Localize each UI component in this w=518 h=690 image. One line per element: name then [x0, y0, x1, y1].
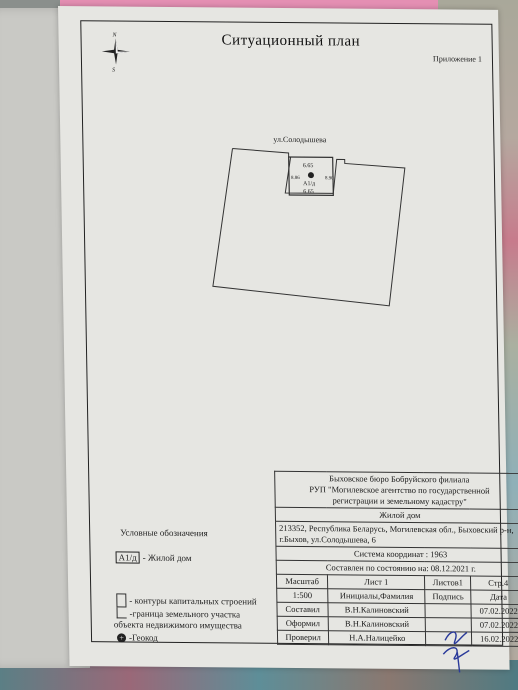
svg-text:N: N — [111, 32, 117, 38]
legend-item-land-boundary-cont: объекта недвижимого имущества — [114, 619, 242, 630]
title-block-table: Быховское бюро Бобруйского филиала РУП "… — [274, 471, 518, 647]
building-tag: А1/д — [116, 551, 140, 563]
svg-text:А1/д: А1/д — [303, 181, 315, 187]
svg-text:8.86: 8.86 — [291, 176, 300, 181]
address-cell: 213352, Республика Беларусь, Могилевская… — [276, 521, 518, 548]
signature-icon — [437, 624, 478, 674]
compass-rose-icon: N S — [95, 29, 136, 73]
svg-text:6.65: 6.65 — [303, 163, 314, 169]
page-title: Ситуационный план — [221, 32, 360, 50]
legend-item-geocode: + -Геокод — [117, 632, 158, 642]
organization-cell: Быховское бюро Бобруйского филиала РУП "… — [275, 471, 518, 509]
legend-title: Условные обозначения — [120, 527, 208, 538]
svg-text:S: S — [112, 67, 115, 73]
rectangle-icon — [116, 593, 126, 607]
legend-item-capital-structures: - контуры капитальных строений — [116, 593, 257, 608]
legend-item-land-boundary: -граница земельного участка — [117, 607, 241, 619]
signature-cell — [425, 604, 471, 618]
appendix-label: Приложение 1 — [433, 54, 482, 63]
table-row: Проверил Н.А.Налицейко 16.02.2022 — [277, 630, 518, 646]
geocode-icon: + — [117, 633, 126, 642]
boundary-corner-icon — [117, 607, 127, 618]
page-frame: N S Ситуационный план Приложение 1 ул.Со… — [80, 20, 503, 646]
situation-plan-page: N S Ситуационный план Приложение 1 ул.Со… — [58, 6, 510, 670]
svg-text:8.90: 8.90 — [325, 176, 334, 181]
legend-item-residential: А1/д - Жилой дом — [116, 551, 192, 564]
site-plan-drawing: 6.65 6.65 8.86 8.90 А1/д — [208, 140, 411, 312]
svg-text:6.65: 6.65 — [303, 189, 314, 195]
